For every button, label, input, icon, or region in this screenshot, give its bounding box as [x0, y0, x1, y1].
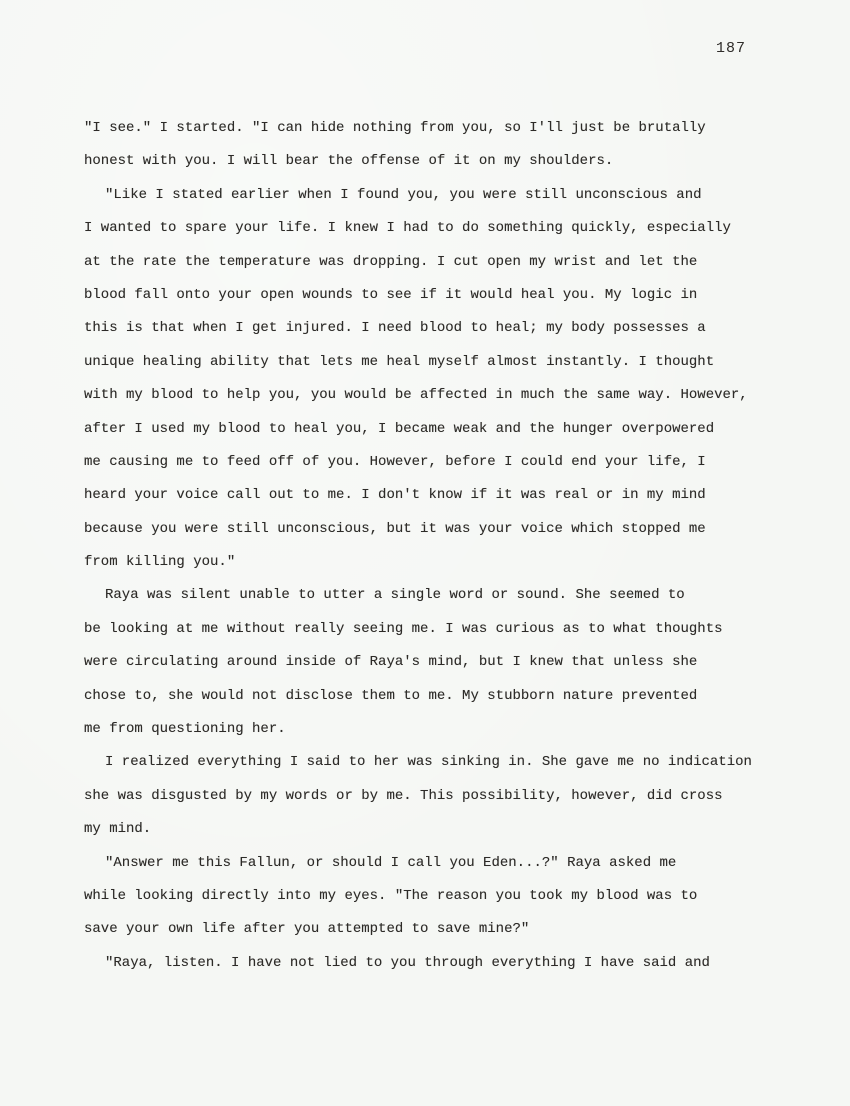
manuscript-page: 187 "I see." I started. "I can hide noth…	[0, 0, 850, 1106]
text-line: I realized everything I said to her was …	[84, 746, 784, 779]
text-line: unique healing ability that lets me heal…	[84, 346, 784, 379]
text-line: "Raya, listen. I have not lied to you th…	[84, 947, 784, 980]
text-line: she was disgusted by my words or by me. …	[84, 780, 784, 813]
text-line: heard your voice call out to me. I don't…	[84, 479, 784, 512]
text-line: me from questioning her.	[84, 713, 784, 746]
text-line: this is that when I get injured. I need …	[84, 312, 784, 345]
text-line: save your own life after you attempted t…	[84, 913, 784, 946]
text-line: while looking directly into my eyes. "Th…	[84, 880, 784, 913]
manuscript-text: "I see." I started. "I can hide nothing …	[84, 112, 784, 980]
text-line: from killing you."	[84, 546, 784, 579]
text-line: with my blood to help you, you would be …	[84, 379, 784, 412]
text-line: "Like I stated earlier when I found you,…	[84, 179, 784, 212]
text-line: be looking at me without really seeing m…	[84, 613, 784, 646]
text-line: after I used my blood to heal you, I bec…	[84, 413, 784, 446]
text-line: because you were still unconscious, but …	[84, 513, 784, 546]
text-line: honest with you. I will bear the offense…	[84, 145, 784, 178]
text-line: me causing me to feed off of you. Howeve…	[84, 446, 784, 479]
text-line: chose to, she would not disclose them to…	[84, 680, 784, 713]
text-line: were circulating around inside of Raya's…	[84, 646, 784, 679]
page-number: 187	[716, 40, 746, 57]
text-line: "I see." I started. "I can hide nothing …	[84, 112, 784, 145]
text-line: "Answer me this Fallun, or should I call…	[84, 847, 784, 880]
text-line: I wanted to spare your life. I knew I ha…	[84, 212, 784, 245]
text-line: at the rate the temperature was dropping…	[84, 246, 784, 279]
text-line: Raya was silent unable to utter a single…	[84, 579, 784, 612]
text-line: blood fall onto your open wounds to see …	[84, 279, 784, 312]
text-line: my mind.	[84, 813, 784, 846]
